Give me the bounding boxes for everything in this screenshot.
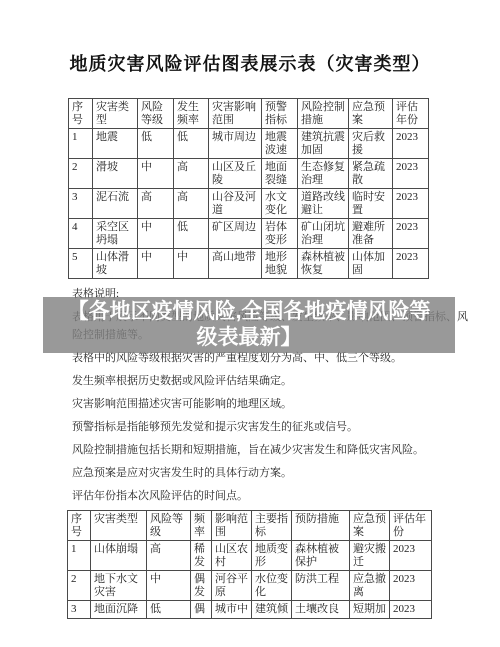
table-cell: 地震波速 [262, 129, 298, 159]
table-header-cell: 序号 [68, 511, 91, 541]
table-cell: 低 [138, 129, 174, 159]
table-cell: 避难所准备 [349, 219, 393, 249]
note-paragraph: 灾害影响范围描述灾害可能影响的地理区域。 [72, 395, 470, 413]
table-cell: 2023 [390, 541, 432, 571]
table-cell: 山体崩塌 [91, 541, 147, 571]
table-cell: 防洪工程 [292, 571, 350, 601]
table-header-cell: 风险等级 [147, 511, 191, 541]
table-cell: 山谷及河道 [209, 189, 262, 219]
table-cell: 山体滑坡 [93, 249, 138, 279]
table-cell: 避灾搬迁 [350, 541, 390, 571]
table-cell: 地面沉降 [91, 601, 147, 619]
table-cell: 河谷平原 [212, 571, 252, 601]
table-cell: 5 [69, 249, 93, 279]
table-cell: 2023 [393, 249, 429, 279]
table-cell: 紧急疏散 [349, 159, 393, 189]
table-header-cell: 主要指标 [252, 511, 292, 541]
table-row: 3地面沉降低偶城市中建筑倾土壤改良短期加2023 [68, 601, 432, 619]
table-cell: 2023 [390, 601, 432, 619]
table-header-cell: 评估年份 [393, 99, 429, 129]
table-cell: 2 [69, 159, 93, 189]
table-cell: 生态修复治理 [298, 159, 349, 189]
table-header-cell: 灾害类型 [91, 511, 147, 541]
table-cell: 低 [174, 129, 209, 159]
table-cell: 高 [174, 159, 209, 189]
table-cell: 短期加 [350, 601, 390, 619]
table-cell: 山体加固 [349, 249, 393, 279]
table-cell: 地面裂缝 [262, 159, 298, 189]
table-header-row: 序号灾害类型风险等级频率影响范围主要指标预防措施应急预案评估年份 [68, 511, 432, 541]
overlay-ad-banner-text: 【各地区疫情风险,全国各地疫情风险等级表最新】 [67, 299, 431, 351]
table-header-cell: 应急预案 [350, 511, 390, 541]
table-cell: 滑坡 [93, 159, 138, 189]
table-cell: 高山地带 [209, 249, 262, 279]
table-cell: 高 [147, 541, 191, 571]
note-paragraph: 发生频率根据历史数据或风险评估结果确定。 [72, 372, 470, 390]
table-cell: 稀发 [191, 541, 212, 571]
table-cell: 水文变化 [262, 189, 298, 219]
table-cell: 森林植被恢复 [298, 249, 349, 279]
table-header-cell: 灾害类型 [93, 99, 138, 129]
table-cell: 中 [138, 159, 174, 189]
page-title: 地质灾害风险评估图表展示表（灾害类型） [0, 0, 500, 76]
table-cell: 中 [174, 249, 209, 279]
table-cell: 采空区坍塌 [93, 219, 138, 249]
table-cell: 4 [69, 219, 93, 249]
table-cell: 森林植被保护 [292, 541, 350, 571]
table-cell: 低 [147, 601, 191, 619]
table-cell: 岩体变形 [262, 219, 298, 249]
table-header-cell: 影响范围 [212, 511, 252, 541]
table-row: 1山体崩塌高稀发山区农村地质变形森林植被保护避灾搬迁2023 [68, 541, 432, 571]
table-cell: 2023 [393, 129, 429, 159]
table-row: 2地下水文灾害中偶发河谷平原水位变化防洪工程应急撤离2023 [68, 571, 432, 601]
note-paragraph: 预警指标是指能够预先发觉和提示灾害发生的征兆或信号。 [72, 418, 470, 436]
disaster-risk-table-main: 序号灾害类型风险等级发生频率灾害影响范围预警指标风险控制措施应急预案评估年份1地… [68, 98, 429, 279]
table-cell: 低 [174, 219, 209, 249]
table-cell: 中 [138, 219, 174, 249]
table-header-cell: 预警指标 [262, 99, 298, 129]
table-cell: 偶 [191, 601, 212, 619]
table-cell: 偶发 [191, 571, 212, 601]
table-cell: 2023 [393, 159, 429, 189]
table-cell: 地形地貌 [262, 249, 298, 279]
table-cell: 城市周边 [209, 129, 262, 159]
table-cell: 山区及丘陵 [209, 159, 262, 189]
table-cell: 灾后救援 [349, 129, 393, 159]
table-cell: 1 [68, 541, 91, 571]
table-cell: 水位变化 [252, 571, 292, 601]
table-cell: 2023 [393, 189, 429, 219]
table-cell: 道路改线避让 [298, 189, 349, 219]
overlay-ad-banner[interactable]: 【各地区疫情风险,全国各地疫情风险等级表最新】 [43, 297, 455, 353]
table-cell: 建筑抗震加固 [298, 129, 349, 159]
table-cell: 地质变形 [252, 541, 292, 571]
table-header-cell: 风险等级 [138, 99, 174, 129]
table-header-cell: 预防措施 [292, 511, 350, 541]
table-cell: 中 [147, 571, 191, 601]
table-cell: 1 [69, 129, 93, 159]
table-cell: 高 [138, 189, 174, 219]
table-cell: 中 [138, 249, 174, 279]
note-paragraph: 评估年份指本次风险评估的时间点。 [72, 487, 470, 505]
table-cell: 2 [68, 571, 91, 601]
document-page: 地质灾害风险评估图表展示表（灾害类型） 序号灾害类型风险等级发生频率灾害影响范围… [0, 0, 500, 647]
table-cell: 山区农村 [212, 541, 252, 571]
table-row: 2滑坡中高山区及丘陵地面裂缝生态修复治理紧急疏散2023 [69, 159, 429, 189]
table-cell: 地震 [93, 129, 138, 159]
table-cell: 3 [69, 189, 93, 219]
table-row: 3泥石流高高山谷及河道水文变化道路改线避让临时安置2023 [69, 189, 429, 219]
table-header-cell: 风险控制措施 [298, 99, 349, 129]
table-row: 5山体滑坡中中高山地带地形地貌森林植被恢复山体加固2023 [69, 249, 429, 279]
table-cell: 2023 [393, 219, 429, 249]
table-cell: 2023 [390, 571, 432, 601]
table-header-cell: 应急预案 [349, 99, 393, 129]
table-cell: 城市中 [212, 601, 252, 619]
disaster-risk-table-secondary: 序号灾害类型风险等级频率影响范围主要指标预防措施应急预案评估年份1山体崩塌高稀发… [67, 510, 432, 619]
table-cell: 泥石流 [93, 189, 138, 219]
table-row: 4采空区坍塌中低矿区周边岩体变形矿山闭坑治理避难所准备2023 [69, 219, 429, 249]
table-header-cell: 序号 [69, 99, 93, 129]
table-cell: 矿区周边 [209, 219, 262, 249]
table-cell: 建筑倾 [252, 601, 292, 619]
table-header-cell: 发生频率 [174, 99, 209, 129]
note-paragraph: 应急预案是应对灾害发生时的具体行动方案。 [72, 464, 470, 482]
table-cell: 高 [174, 189, 209, 219]
table-cell: 地下水文灾害 [91, 571, 147, 601]
table-header-cell: 频率 [191, 511, 212, 541]
table-cell: 应急撤离 [350, 571, 390, 601]
table-cell: 3 [68, 601, 91, 619]
note-paragraph: 风险控制措施包括长期和短期措施，旨在减少灾害发生和降低灾害风险。 [72, 441, 470, 459]
table-cell: 临时安置 [349, 189, 393, 219]
table-row: 1地震低低城市周边地震波速建筑抗震加固灾后救援2023 [69, 129, 429, 159]
table-header-cell: 评估年份 [390, 511, 432, 541]
table-cell: 土壤改良 [292, 601, 350, 619]
table-cell: 矿山闭坑治理 [298, 219, 349, 249]
table-header-cell: 灾害影响范围 [209, 99, 262, 129]
table-header-row: 序号灾害类型风险等级发生频率灾害影响范围预警指标风险控制措施应急预案评估年份 [69, 99, 429, 129]
